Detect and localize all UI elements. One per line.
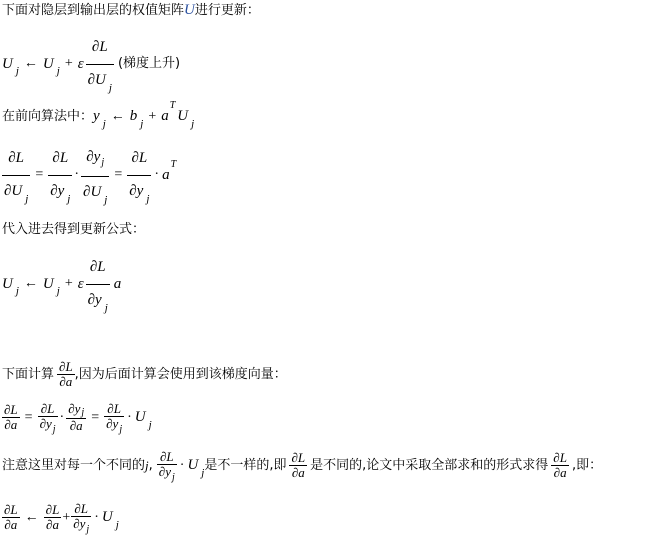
subscript: j — [57, 65, 60, 77]
numerator: ∂L — [2, 403, 20, 417]
denominator: ∂Uj — [86, 65, 114, 90]
arrow-icon: ← — [24, 276, 38, 292]
den-text: ∂y — [88, 292, 102, 308]
denominator: ∂a — [2, 518, 19, 532]
var: a — [162, 167, 170, 184]
denominator: ∂a — [290, 466, 307, 480]
numerator: ∂L — [39, 402, 57, 416]
den-text: ∂U — [83, 184, 101, 200]
equals: = — [91, 410, 99, 426]
numerator: ∂L — [57, 360, 75, 374]
subscript: j — [140, 118, 143, 130]
equation-dL-da-sum: ∂L∂a ← ∂L∂a + ∂L∂yj · Uj — [2, 502, 119, 533]
fraction: ∂L∂yj — [38, 402, 58, 433]
plus: + — [148, 109, 156, 125]
den-text: ∂y — [129, 183, 143, 199]
var: a — [161, 108, 169, 125]
fraction: ∂L∂yj — [104, 402, 124, 433]
fraction: ∂L ∂yj — [48, 149, 72, 201]
fraction: ∂L∂a — [2, 503, 20, 532]
var: U — [2, 56, 13, 73]
note: (梯度上升) — [118, 56, 180, 72]
subscript: j — [25, 193, 28, 205]
numerator: ∂L — [129, 149, 149, 175]
denominator: ∂a — [2, 418, 19, 432]
text: 是不同的,论文中采取全部求和的形式求得 — [310, 458, 548, 474]
subscript: j — [191, 118, 194, 130]
equals: = — [114, 167, 122, 183]
numerator: ∂L — [105, 402, 123, 416]
subscript: j — [201, 467, 204, 479]
text: , — [149, 458, 153, 474]
denominator: ∂yj — [71, 517, 91, 533]
numerator: ∂L — [158, 450, 176, 464]
subscript: j — [81, 407, 84, 418]
equation-gradient-ascent: Uj ← Uj + ε ∂L ∂Uj (梯度上升) — [2, 38, 180, 90]
numerator: ∂L — [72, 502, 90, 516]
text: 在前向算法中： — [2, 109, 93, 125]
den-text: ∂y — [50, 183, 64, 199]
numerator: ∂yj — [66, 402, 86, 418]
subscript: j — [146, 193, 149, 205]
fraction: ∂L ∂a — [57, 360, 75, 389]
text: ,即： — [572, 458, 602, 474]
var: U — [177, 108, 188, 125]
fraction: ∂L∂a — [289, 451, 307, 480]
var: a — [114, 276, 122, 293]
epsilon: ε — [78, 56, 84, 73]
denominator: ∂Uj — [81, 177, 109, 202]
denominator: ∂yj — [104, 417, 124, 433]
subscript: j — [57, 285, 60, 297]
numerator: ∂yj — [84, 148, 106, 176]
dot: · — [127, 410, 132, 426]
fraction: ∂yj ∂Uj — [81, 148, 109, 202]
denominator: ∂yj — [38, 417, 58, 433]
intro-text-hidden-to-output: 下面对隐层到输出层的权值矩阵U进行更新： — [2, 2, 260, 19]
den-text: ∂y — [73, 516, 85, 531]
fraction: ∂L∂a — [44, 503, 62, 532]
dot: · — [94, 510, 99, 526]
dot: · — [60, 410, 65, 426]
fraction: ∂L∂a — [2, 403, 20, 432]
numerator: ∂L — [50, 149, 70, 175]
var: U — [2, 276, 13, 293]
equation-dL-da: ∂L∂a = ∂L∂yj · ∂yj∂a = ∂L∂yj · Uj — [2, 402, 152, 433]
fraction: ∂L∂a — [551, 451, 569, 480]
numerator: ∂L — [2, 503, 20, 517]
denominator: ∂yj — [157, 465, 177, 481]
text: 下面计算 — [2, 367, 54, 383]
numerator: ∂L — [6, 149, 26, 175]
fraction: ∂L ∂yj — [127, 149, 151, 201]
dot: · — [74, 167, 79, 183]
denominator: ∂yj — [86, 285, 110, 310]
var: U — [135, 409, 146, 426]
text: 是不一样的,即 — [204, 458, 286, 474]
subscript: j — [172, 472, 175, 483]
fraction: ∂L ∂Uj — [2, 149, 30, 201]
var: U — [187, 457, 198, 474]
den-text: ∂U — [4, 183, 22, 199]
subscript: j — [109, 82, 112, 94]
equation-update-formula: Uj ← Uj + ε ∂L ∂yj a — [2, 258, 121, 310]
numerator: ∂L — [88, 258, 108, 284]
subscript: j — [116, 519, 119, 531]
denominator: ∂a — [44, 518, 61, 532]
fraction: ∂L∂yj — [71, 502, 91, 533]
denominator: ∂yj — [127, 176, 151, 201]
num-text: ∂y — [86, 149, 100, 165]
var: b — [130, 108, 138, 125]
subscript: j — [149, 419, 152, 431]
subscript: j — [105, 302, 108, 314]
var: y — [93, 108, 100, 125]
subscript: j — [104, 194, 107, 206]
fraction: ∂L ∂yj — [86, 258, 110, 310]
var: U — [43, 276, 54, 293]
superscript: T — [171, 159, 177, 170]
plus: + — [65, 276, 73, 292]
fraction: ∂L∂yj — [157, 450, 177, 481]
denominator: ∂a — [57, 375, 74, 389]
den-text: ∂y — [106, 416, 118, 431]
denominator: ∂Uj — [2, 176, 30, 201]
subscript: j — [16, 65, 19, 77]
substitute-text: 代入进去得到更新公式： — [2, 222, 145, 238]
text: 注意这里对每一个不同的 — [2, 458, 145, 474]
arrow-icon: ← — [24, 56, 38, 72]
numerator: ∂L — [289, 451, 307, 465]
equals: = — [35, 167, 43, 183]
numerator: ∂L — [44, 503, 62, 517]
den-text: ∂U — [88, 72, 106, 88]
matrix-var: U — [184, 2, 195, 18]
den-text: ∂y — [40, 416, 52, 431]
den-text: ∂y — [159, 464, 171, 479]
compute-dL-da-line: 下面计算 ∂L ∂a ,因为后面计算会使用到该梯度向量： — [2, 360, 287, 389]
subscript: j — [101, 157, 104, 168]
note-summation-line: 注意这里对每一个不同的 j, ∂L∂yj · Uj 是不一样的,即 ∂L∂a 是… — [2, 450, 602, 481]
plus: + — [62, 510, 70, 526]
numerator: ∂L — [90, 38, 110, 64]
denominator: ∂a — [68, 419, 85, 433]
fraction: ∂L ∂Uj — [86, 38, 114, 90]
subscript: j — [86, 524, 89, 535]
text: 进行更新： — [195, 3, 260, 18]
plus: + — [65, 56, 73, 72]
text: ,因为后面计算会使用到该梯度向量： — [75, 367, 287, 383]
denominator: ∂yj — [48, 176, 72, 201]
arrow-icon: ← — [111, 109, 125, 125]
epsilon: ε — [78, 276, 84, 293]
forward-algorithm-line: 在前向算法中： yj ← bj + aT Uj — [2, 108, 194, 125]
fraction: ∂yj∂a — [66, 402, 86, 433]
superscript: T — [170, 100, 176, 111]
var: U — [102, 509, 113, 526]
equals: = — [25, 410, 33, 426]
subscript: j — [119, 424, 122, 435]
dot: · — [154, 167, 159, 183]
subscript: j — [53, 424, 56, 435]
subscript: j — [103, 118, 106, 130]
arrow-icon: ← — [25, 510, 39, 526]
denominator: ∂a — [552, 466, 569, 480]
num-text: ∂y — [68, 401, 80, 416]
numerator: ∂L — [551, 451, 569, 465]
subscript: j — [16, 285, 19, 297]
subscript: j — [67, 193, 70, 205]
text: 下面对隐层到输出层的权值矩阵 — [2, 3, 184, 18]
var: U — [43, 56, 54, 73]
equation-dL-dU: ∂L ∂Uj = ∂L ∂yj · ∂yj ∂Uj = ∂L ∂yj · aT — [2, 148, 176, 202]
